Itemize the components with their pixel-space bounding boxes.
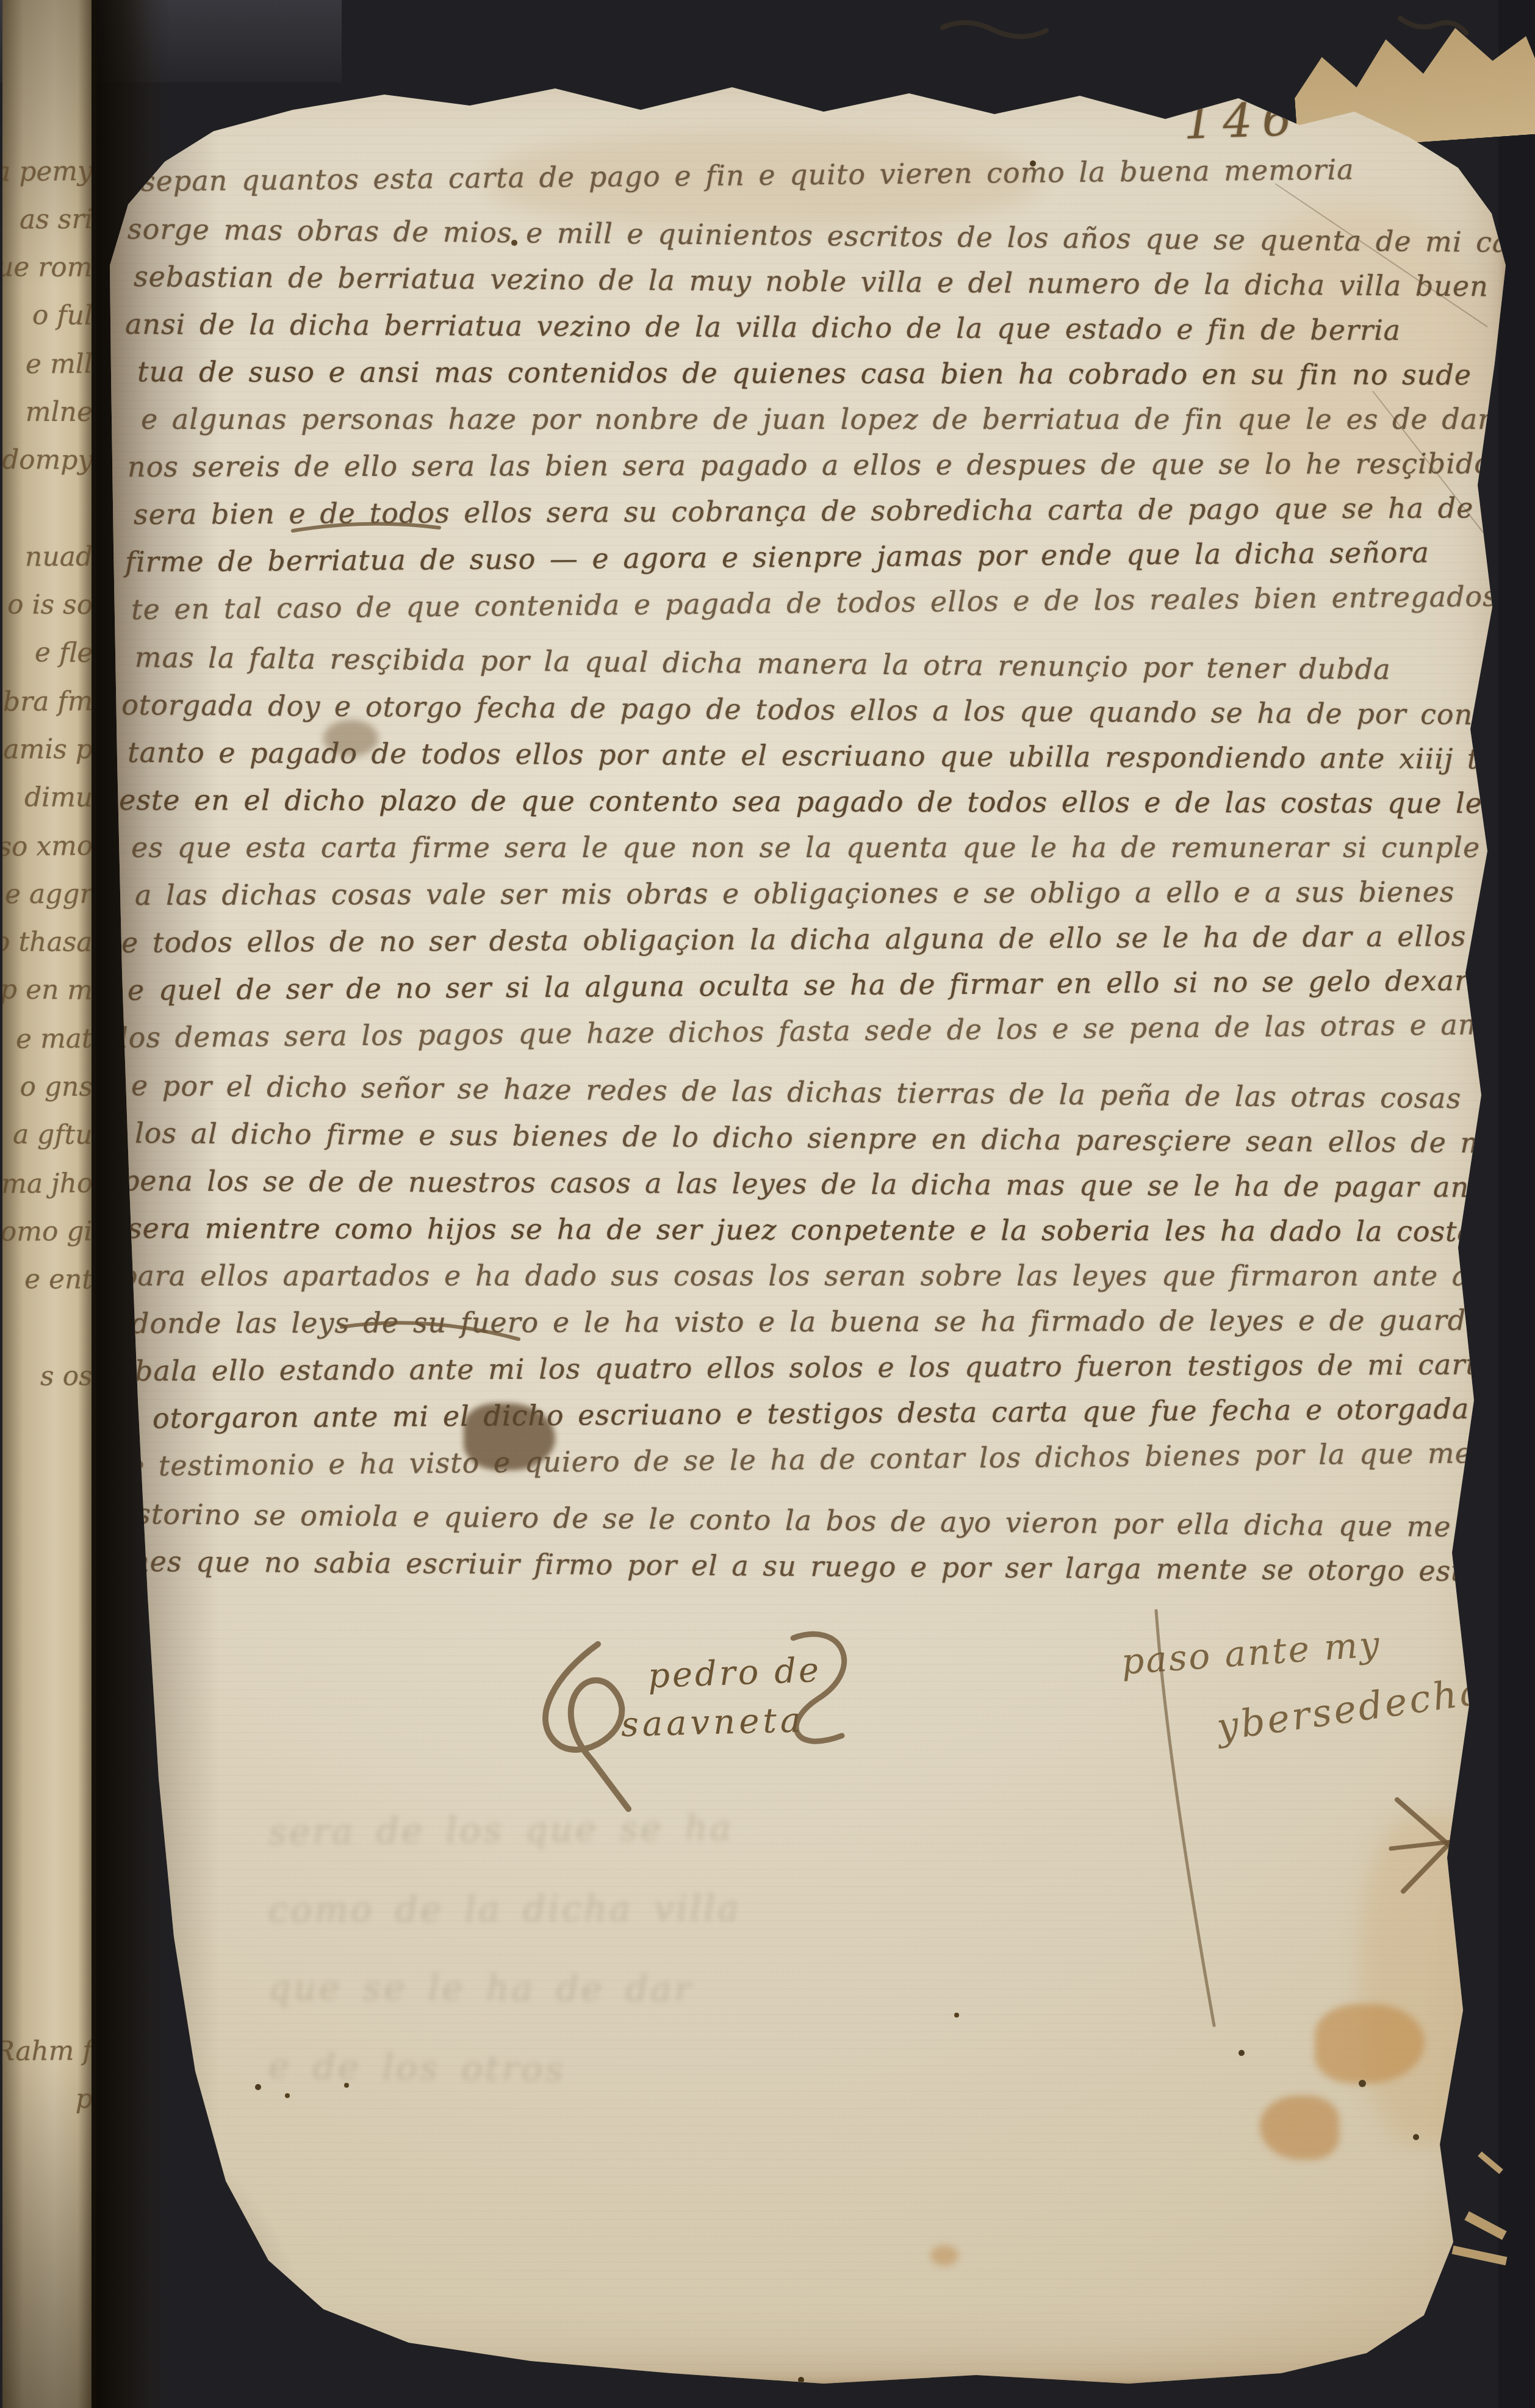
manuscript-photo: a pemyas sriue romo fule mllmlnedompynua… (0, 0, 1535, 2408)
edge-scribble (943, 23, 1046, 37)
edge-scribble (1400, 18, 1466, 33)
top-edge-marks (0, 0, 1535, 2408)
